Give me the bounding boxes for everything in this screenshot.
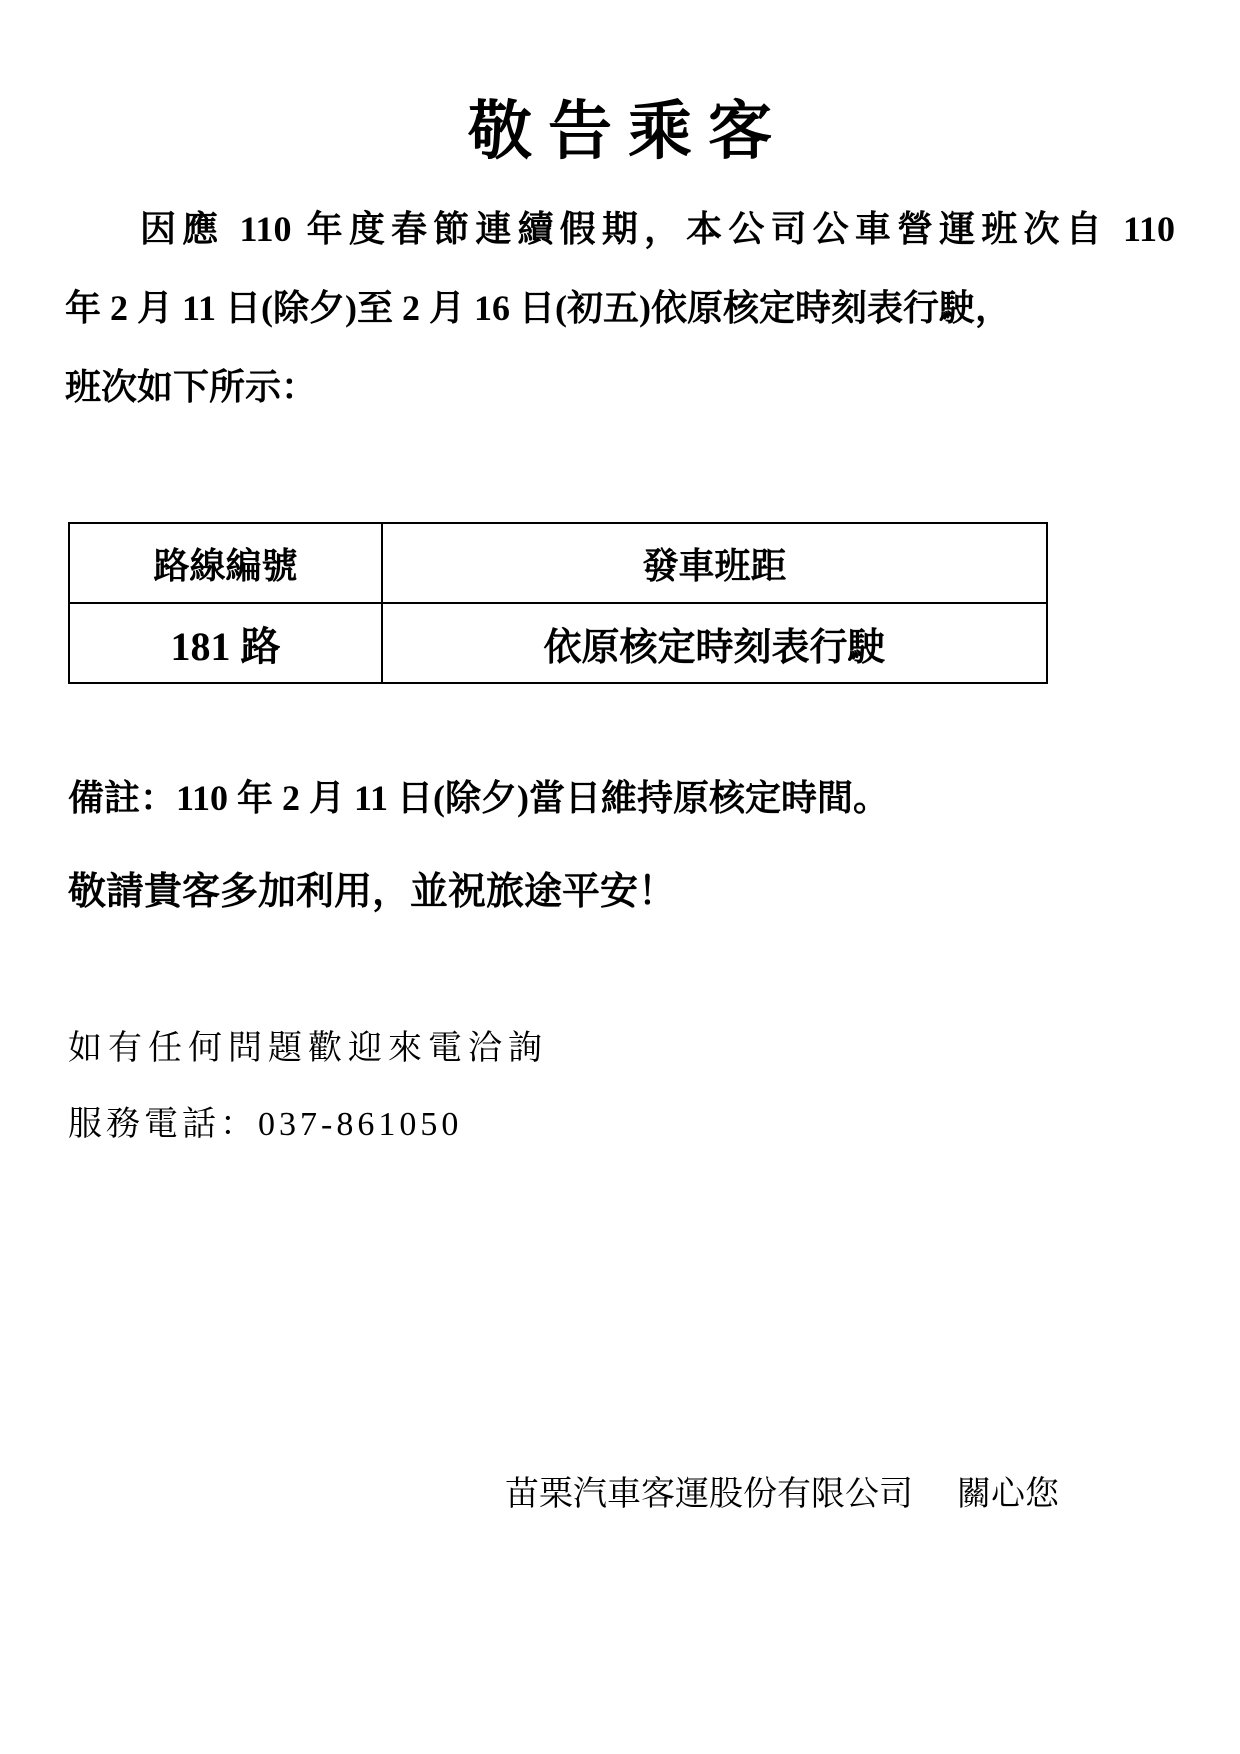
notice-document: 敬告乘客 因應 110 年度春節連續假期，本公司公車營運班次自 110 年 2 …	[0, 0, 1240, 1754]
contact-invitation: 如有任何問題歡迎來電洽詢	[68, 1020, 548, 1069]
header-route-number: 路線編號	[69, 523, 382, 603]
paragraph-line-1: 因應 110 年度春節連續假期，本公司公車營運班次自 110	[140, 190, 1175, 269]
table-row: 181 路 依原核定時刻表行駛	[69, 603, 1047, 683]
service-phone: 服務電話：037-861050	[68, 1096, 462, 1145]
header-departure-interval: 發車班距	[382, 523, 1047, 603]
document-footer: 苗栗汽車客運股份有限公司 關心您	[505, 1466, 1059, 1515]
page-title: 敬告乘客	[0, 80, 1240, 172]
paragraph-line-3: 班次如下所示：	[65, 348, 1175, 427]
schedule-table: 路線編號 發車班距 181 路 依原核定時刻表行駛	[68, 522, 1048, 684]
table-header-row: 路線編號 發車班距	[69, 523, 1047, 603]
closing-wish: 敬請貴客多加利用，並祝旅途平安！	[68, 860, 676, 915]
footer-tagline: 關心您	[957, 1466, 1059, 1515]
notice-paragraph: 因應 110 年度春節連續假期，本公司公車營運班次自 110 年 2 月 11 …	[65, 190, 1175, 427]
remark-note: 備註：110 年 2 月 11 日(除夕)當日維持原核定時間。	[68, 770, 889, 821]
company-name: 苗栗汽車客運股份有限公司	[505, 1466, 913, 1515]
paragraph-line-2: 年 2 月 11 日(除夕)至 2 月 16 日(初五)依原核定時刻表行駛，	[65, 269, 1175, 348]
cell-departure-interval: 依原核定時刻表行駛	[382, 603, 1047, 683]
cell-route-number: 181 路	[69, 603, 382, 683]
